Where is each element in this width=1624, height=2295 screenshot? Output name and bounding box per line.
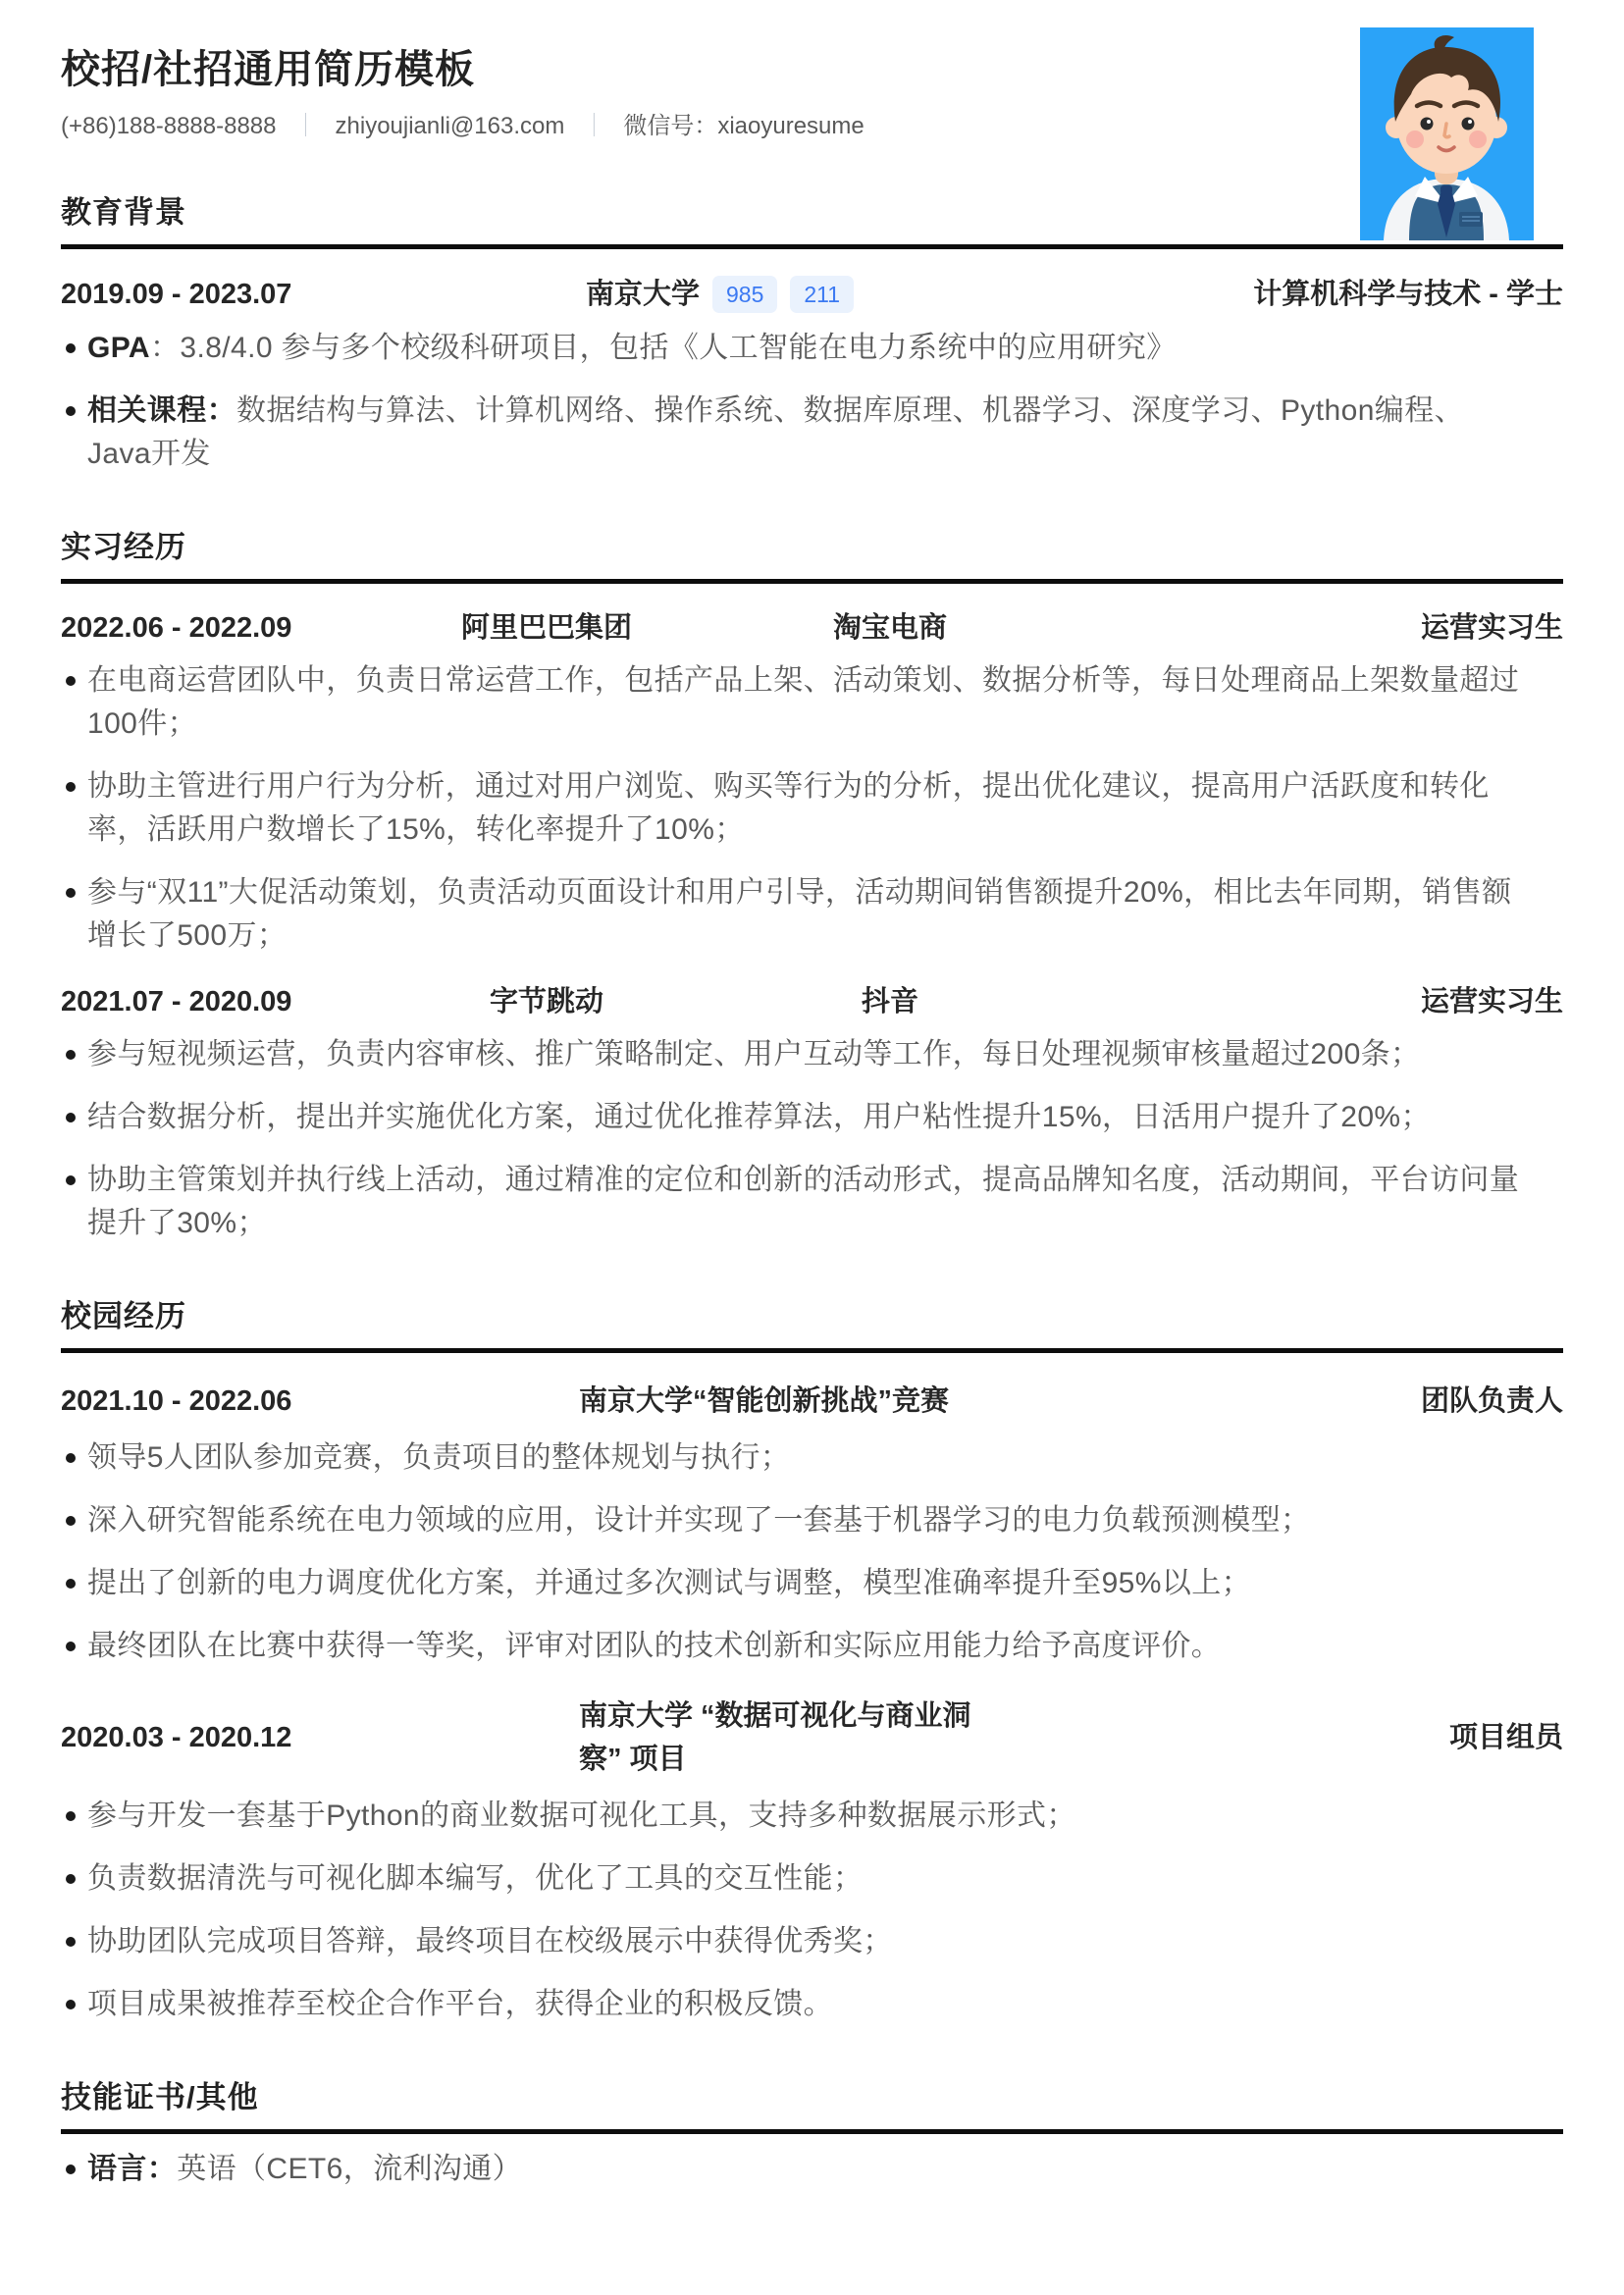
role-title: 运营实习生 [1421, 984, 1563, 1019]
cartoon-boy-illustration [1360, 27, 1534, 240]
phone-number: (+86)188-8888-8888 [61, 112, 277, 141]
list-item: 领导5人团队参加竞赛，负责项目的整体规划与执行； [61, 1436, 1563, 1480]
list-item: 相关课程：数据结构与算法、计算机网络、操作系统、数据库原理、机器学习、深度学习、… [61, 390, 1563, 476]
bullet-text: 英语（CET6，流利沟通） [177, 2153, 522, 2185]
badge-985: 985 [712, 276, 777, 313]
date-range: 2022.06 - 2022.09 [61, 610, 311, 646]
date-range: 2021.07 - 2020.09 [61, 984, 311, 1019]
activity-title: 南京大学 “数据可视化与商业洞察” 项目 [579, 1695, 1001, 1781]
page-title: 校招/社招通用简历模板 [61, 47, 1563, 92]
list-item: GPA：3.8/4.0 参与多个校级科研项目，包括《人工智能在电力系统中的应用研… [61, 327, 1563, 370]
date-range: 2020.03 - 2020.12 [61, 1720, 311, 1755]
list-item: 参与“双11”大促活动策划，负责活动页面设计和用户引导，活动期间销售额提升20%… [61, 871, 1563, 958]
list-item: 深入研究智能系统在电力领域的应用，设计并实现了一套基于机器学习的电力负载预测模型… [61, 1499, 1563, 1542]
list-item: 协助团队完成项目答辩，最终项目在校级展示中获得优秀奖； [61, 1920, 1563, 1963]
list-item: 负责数据清洗与可视化脚本编写，优化了工具的交互性能； [61, 1857, 1563, 1901]
list-item: 最终团队在比赛中获得一等奖，评审对团队的技术创新和实际应用能力给予高度评价。 [61, 1625, 1563, 1668]
internship-entry-row: 2022.06 - 2022.09 阿里巴巴集团 淘宝电商 运营实习生 [61, 610, 1563, 646]
company-name: 阿里巴巴集团 [311, 610, 782, 646]
section-skills: 技能证书/其他 语言：英语（CET6，流利沟通） [61, 2079, 1563, 2191]
bullet-text: ：3.8/4.0 参与多个校级科研项目，包括《人工智能在电力系统中的应用研究》 [150, 332, 1177, 364]
wechat-id: 微信号：xiaoyuresume [623, 112, 864, 141]
section-heading: 教育背景 [61, 194, 1563, 232]
section-divider [61, 244, 1563, 249]
list-item: 项目成果被推荐至校企合作平台，获得企业的积极反馈。 [61, 1983, 1563, 2026]
date-range: 2019.09 - 2023.07 [61, 277, 311, 312]
list-item: 提出了创新的电力调度优化方案，并通过多次测试与调整，模型准确率提升至95%以上； [61, 1562, 1563, 1605]
section-heading: 实习经历 [61, 529, 1563, 566]
resume-page: 校招/社招通用简历模板 (+86)188-8888-8888 ｜ zhiyouj… [0, 0, 1624, 2191]
date-range: 2021.10 - 2022.06 [61, 1383, 311, 1419]
section-divider [61, 1348, 1563, 1353]
section-divider [61, 2129, 1563, 2134]
internship-bullet-list: 在电商运营团队中，负责日常运营工作，包括产品上架、活动策划、数据分析等，每日处理… [61, 659, 1563, 958]
campus-bullet-list: 领导5人团队参加竞赛，负责项目的整体规划与执行； 深入研究智能系统在电力领域的应… [61, 1436, 1563, 1668]
role-title: 运营实习生 [1421, 610, 1563, 646]
school-group: 南京大学 985 211 [586, 276, 854, 313]
contact-line: (+86)188-8888-8888 ｜ zhiyoujianli@163.co… [61, 112, 1563, 141]
role-title: 团队负责人 [1421, 1383, 1563, 1419]
school-name: 南京大学 [586, 277, 700, 312]
section-heading: 技能证书/其他 [61, 2079, 1563, 2116]
list-item: 在电商运营团队中，负责日常运营工作，包括产品上架、活动策划、数据分析等，每日处理… [61, 659, 1563, 746]
list-item: 参与开发一套基于Python的商业数据可视化工具，支持多种数据展示形式； [61, 1795, 1563, 1838]
email-address: zhiyoujianli@163.com [336, 112, 565, 141]
education-entry-row: 2019.09 - 2023.07 南京大学 985 211 计算机科学与技术 … [61, 276, 1563, 313]
department-name: 淘宝电商 [782, 610, 998, 646]
campus-entry-row: 2021.10 - 2022.06 南京大学“智能创新挑战”竞赛 团队负责人 [61, 1380, 1563, 1423]
section-heading: 校园经历 [61, 1298, 1563, 1335]
list-item: 语言：英语（CET6，流利沟通） [61, 2148, 1563, 2191]
activity-title: 南京大学“智能创新挑战”竞赛 [579, 1380, 1001, 1423]
resume-header: 校招/社招通用简历模板 (+86)188-8888-8888 ｜ zhiyouj… [61, 47, 1563, 141]
bullet-text: 数据结构与算法、计算机网络、操作系统、数据库原理、机器学习、深度学习、Pytho… [87, 394, 1464, 470]
list-item: 参与短视频运营，负责内容审核、推广策略制定、用户互动等工作，每日处理视频审核量超… [61, 1033, 1563, 1076]
contact-separator: ｜ [582, 112, 605, 141]
bullet-label: 语言： [87, 2153, 177, 2185]
role-title: 项目组员 [1449, 1720, 1563, 1755]
section-internships: 实习经历 2022.06 - 2022.09 阿里巴巴集团 淘宝电商 运营实习生… [61, 529, 1563, 1245]
company-name: 字节跳动 [311, 984, 782, 1019]
profile-photo [1360, 27, 1534, 240]
bullet-label: 相关课程： [87, 394, 236, 427]
contact-separator: ｜ [294, 112, 318, 141]
section-divider [61, 579, 1563, 584]
education-bullet-list: GPA：3.8/4.0 参与多个校级科研项目，包括《人工智能在电力系统中的应用研… [61, 327, 1563, 476]
bullet-label: GPA [87, 332, 150, 364]
internship-entry-row: 2021.07 - 2020.09 字节跳动 抖音 运营实习生 [61, 984, 1563, 1019]
skills-bullet-list: 语言：英语（CET6，流利沟通） [61, 2148, 1563, 2191]
list-item: 协助主管策划并执行线上活动，通过精准的定位和创新的活动形式，提高品牌知名度，活动… [61, 1159, 1563, 1245]
degree: 计算机科学与技术 - 学士 [1253, 277, 1563, 312]
section-campus: 校园经历 2021.10 - 2022.06 南京大学“智能创新挑战”竞赛 团队… [61, 1298, 1563, 2026]
campus-entry-row: 2020.03 - 2020.12 南京大学 “数据可视化与商业洞察” 项目 项… [61, 1695, 1563, 1781]
section-education: 教育背景 2019.09 - 2023.07 南京大学 985 211 计算机科… [61, 194, 1563, 476]
badge-211: 211 [790, 276, 854, 313]
list-item: 协助主管进行用户行为分析，通过对用户浏览、购买等行为的分析，提出优化建议，提高用… [61, 765, 1563, 852]
list-item: 结合数据分析，提出并实施优化方案，通过优化推荐算法，用户粘性提升15%，日活用户… [61, 1096, 1563, 1139]
campus-bullet-list: 参与开发一套基于Python的商业数据可视化工具，支持多种数据展示形式； 负责数… [61, 1795, 1563, 2026]
internship-bullet-list: 参与短视频运营，负责内容审核、推广策略制定、用户互动等工作，每日处理视频审核量超… [61, 1033, 1563, 1245]
department-name: 抖音 [782, 984, 998, 1019]
